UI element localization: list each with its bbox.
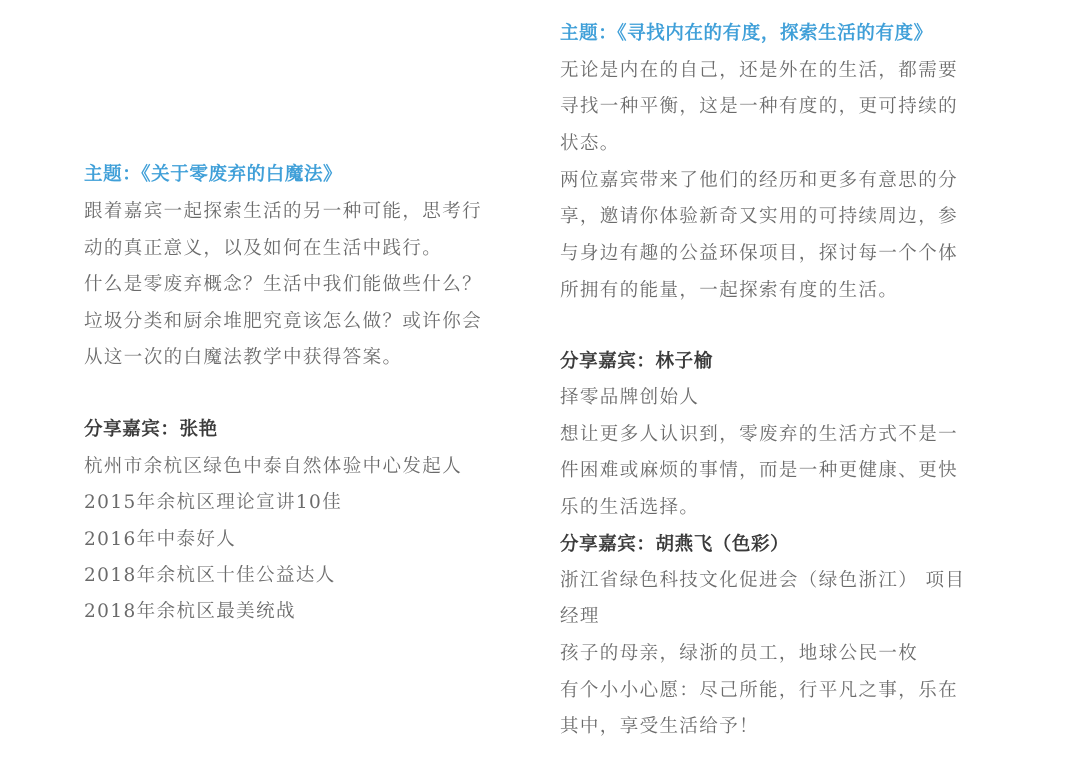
speaker-bio-line: 2018年余杭区十佳公益达人 <box>84 564 336 588</box>
topic-intro-line: 垃圾分类和厨余堆肥究竟该怎么做？或许你会 <box>84 310 482 334</box>
speaker-bio-line: 浙江省绿色科技文化促进会（绿色浙江） 项目 <box>560 569 965 593</box>
speaker-bio-line: 杭州市余杭区绿色中泰自然体验中心发起人 <box>84 455 462 479</box>
topic-intro-line: 与身边有趣的公益环保项目，探讨每一个个体 <box>560 242 958 266</box>
speaker-bio-line: 孩子的母亲，绿浙的员工，地球公民一枚 <box>560 642 918 666</box>
speaker-bio-line: 乐的生活选择。 <box>560 496 699 520</box>
topic-title: 主题：《关于零废弃的白魔法》 <box>84 163 342 187</box>
speaker-bio-line: 有个小小心愿：尽己所能，行平凡之事，乐在 <box>560 679 958 703</box>
speaker-bio-line: 2016年中泰好人 <box>84 528 236 552</box>
topic-intro-line: 无论是内在的自己，还是外在的生活，都需要 <box>560 59 958 83</box>
speaker-bio-line: 其中，享受生活给予！ <box>560 715 759 739</box>
speaker-bio-line: 择零品牌创始人 <box>560 386 699 410</box>
speaker-bio-line: 经理 <box>560 605 600 629</box>
speaker-label: 分享嘉宾：张艳 <box>84 418 218 442</box>
topic-intro-line: 从这一次的白魔法教学中获得答案。 <box>84 346 402 370</box>
topic-intro-line: 享，邀请你体验新奇又实用的可持续周边，参 <box>560 205 958 229</box>
speaker-bio-line: 件困难或麻烦的事情，而是一种更健康、更快 <box>560 459 958 483</box>
speaker-label: 分享嘉宾：林子榆 <box>560 350 713 374</box>
topic-intro-line: 寻找一种平衡，这是一种有度的，更可持续的 <box>560 95 958 119</box>
speaker-bio-line: 2018年余杭区最美统战 <box>84 600 296 624</box>
topic-intro-line: 所拥有的能量，一起探索有度的生活。 <box>560 279 898 303</box>
topic-intro-line: 动的真正意义，以及如何在生活中践行。 <box>84 237 442 261</box>
speaker-label: 分享嘉宾：胡燕飞（色彩） <box>560 533 789 557</box>
speaker-bio-line: 想让更多人认识到，零废弃的生活方式不是一 <box>560 423 958 447</box>
topic-intro-line: 两位嘉宾带来了他们的经历和更多有意思的分 <box>560 169 958 193</box>
topic-title: 主题：《寻找内在的有度，探索生活的有度》 <box>560 22 933 46</box>
topic-intro-line: 状态。 <box>560 132 620 156</box>
speaker-bio-line: 2015年余杭区理论宣讲10佳 <box>84 491 342 515</box>
topic-intro-line: 什么是零废弃概念？生活中我们能做些什么？ <box>84 273 482 297</box>
topic-intro-line: 跟着嘉宾一起探索生活的另一种可能，思考行 <box>84 200 482 224</box>
